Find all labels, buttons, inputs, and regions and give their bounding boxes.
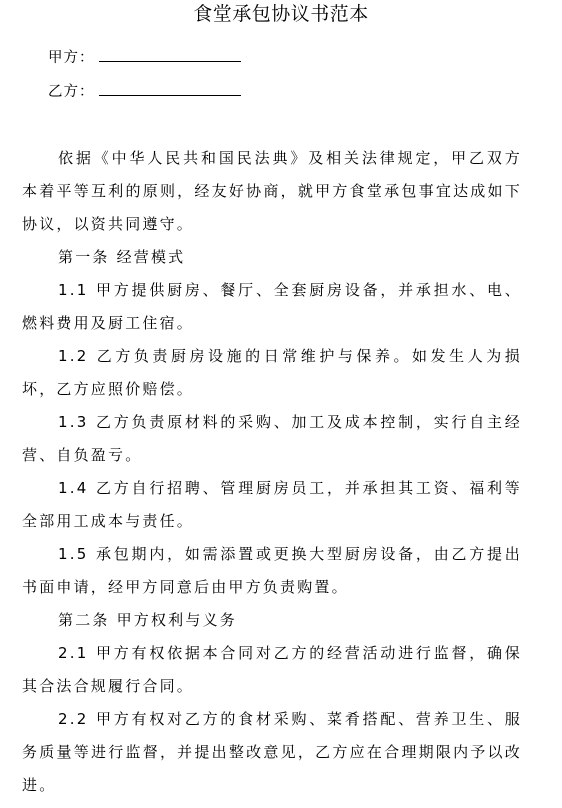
clause-1-5: 1.5 承包期内，如需添置或更换大型厨房设备，由乙方提出书面申请，经甲方同意后由… (22, 538, 522, 604)
clause-1-4: 1.4 乙方自行招聘、管理厨房员工，并承担其工资、福利等全部用工成本与责任。 (22, 472, 522, 538)
party-b-line: 乙方： (48, 82, 241, 102)
party-b-label: 乙方： (48, 84, 95, 100)
clause-1-2: 1.2 乙方负责厨房设施的日常维护与保养。如发生人为损坏，乙方应照价赔偿。 (22, 340, 522, 406)
clause-2-1: 2.1 甲方有权依据本合同对乙方的经营活动进行监督，确保其合法合规履行合同。 (22, 637, 522, 703)
clause-1-1: 1.1 甲方提供厨房、餐厅、全套厨房设备，并承担水、电、燃料费用及厨工住宿。 (22, 274, 522, 340)
article-1-heading: 第一条 经营模式 (22, 241, 522, 274)
document-body: 依据《中华人民共和国民法典》及相关法律规定，甲乙双方本着平等互利的原则，经友好协… (22, 142, 522, 802)
party-a-blank[interactable] (99, 49, 241, 62)
preamble-paragraph: 依据《中华人民共和国民法典》及相关法律规定，甲乙双方本着平等互利的原则，经友好协… (22, 142, 522, 241)
clause-1-3: 1.3 乙方负责原材料的采购、加工及成本控制，实行自主经营、自负盈亏。 (22, 406, 522, 472)
party-a-label: 甲方： (48, 50, 95, 66)
document-title: 食堂承包协议书范本 (0, 0, 562, 28)
clause-2-2: 2.2 甲方有权对乙方的食材采购、菜肴搭配、营养卫生、服务质量等进行监督，并提出… (22, 703, 522, 802)
party-a-line: 甲方： (48, 48, 241, 68)
party-b-blank[interactable] (99, 83, 241, 96)
article-2-heading: 第二条 甲方权利与义务 (22, 604, 522, 637)
